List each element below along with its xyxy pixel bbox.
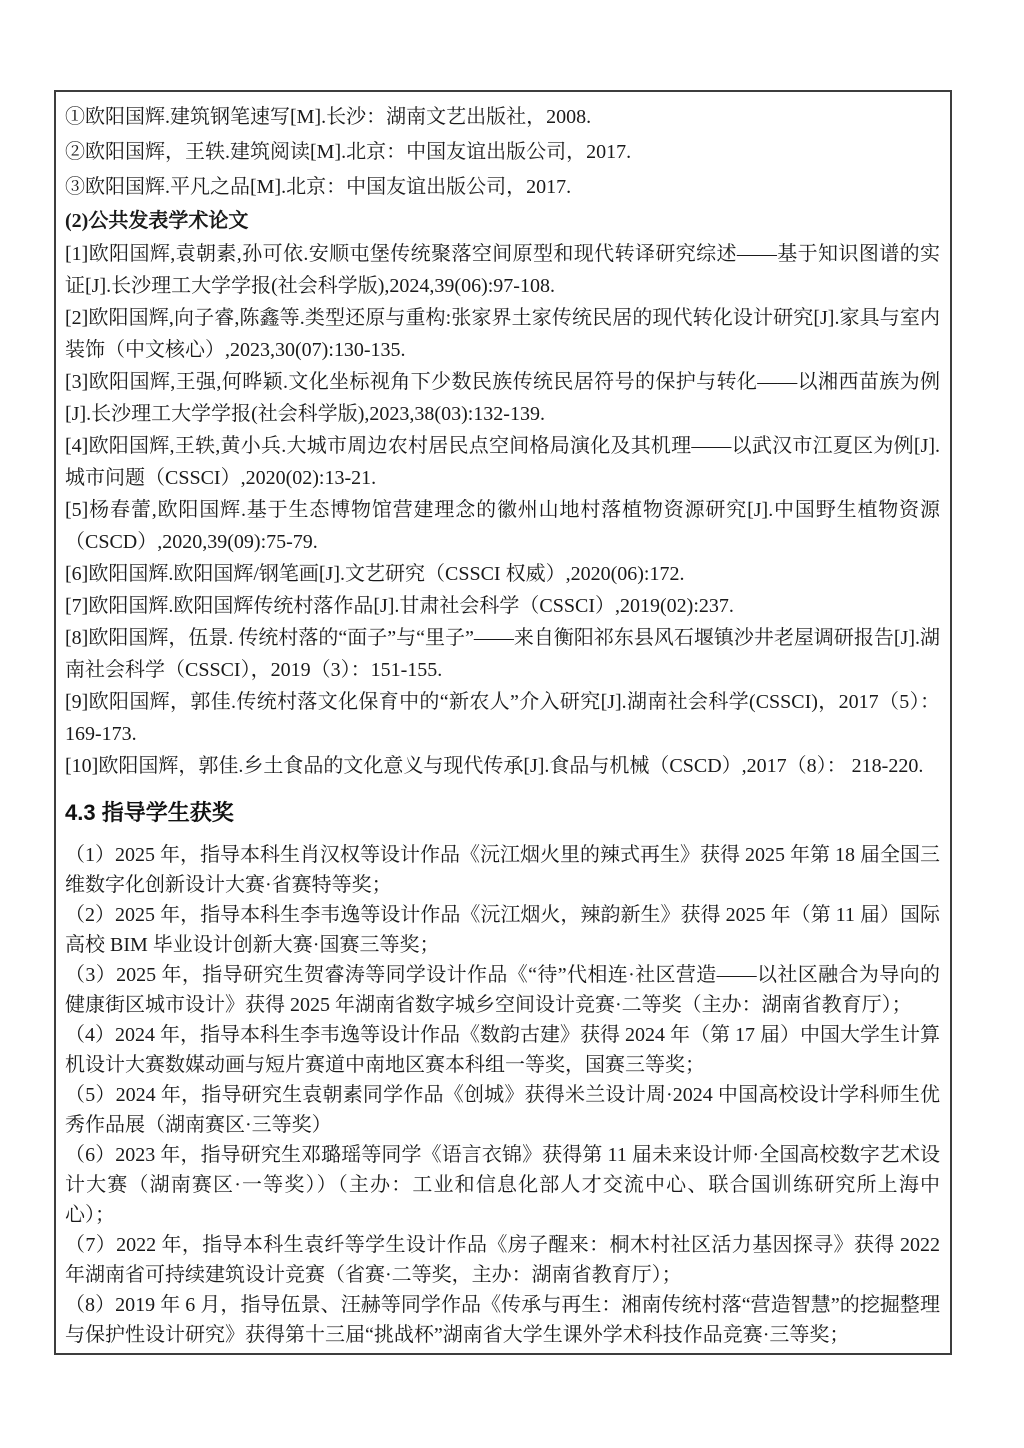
paper-reference: [8]欧阳国辉，伍景. 传统村落的“面子”与“里子”——来自衡阳祁东县风石堰镇沙… — [65, 622, 940, 686]
paper-reference: [9]欧阳国辉，郭佳.传统村落文化保育中的“新农人”介入研究[J].湖南社会科学… — [65, 686, 940, 750]
document-page: ①欧阳国辉.建筑钢笔速写[M].长沙：湖南文艺出版社，2008. ②欧阳国辉，王… — [0, 0, 1024, 1448]
award-item: （4）2024 年，指导本科生李韦逸等设计作品《数韵古建》获得 2024 年（第… — [65, 1020, 940, 1080]
paper-reference: [7]欧阳国辉.欧阳国辉传统村落作品[J].甘肃社会科学（CSSCI）,2019… — [65, 590, 940, 622]
award-item: （2）2025 年，指导本科生李韦逸等设计作品《沅江烟火，辣韵新生》获得 202… — [65, 900, 940, 960]
table-cell-border: ①欧阳国辉.建筑钢笔速写[M].长沙：湖南文艺出版社，2008. ②欧阳国辉，王… — [54, 90, 952, 1355]
paper-reference: [3]欧阳国辉,王强,何晔颖.文化坐标视角下少数民族传统民居符号的保护与转化——… — [65, 366, 940, 430]
paper-reference: [6]欧阳国辉.欧阳国辉/钢笔画[J].文艺研究（CSSCI 权威）,2020(… — [65, 558, 940, 590]
book-reference: ②欧阳国辉，王轶.建筑阅读[M].北京：中国友谊出版公司，2017. — [65, 135, 940, 170]
award-item: （7）2022 年，指导本科生袁纤等学生设计作品《房子醒来：桐木村社区活力基因探… — [65, 1230, 940, 1290]
paper-reference: [2]欧阳国辉,向子睿,陈鑫等.类型还原与重构:张家界土家传统民居的现代转化设计… — [65, 302, 940, 366]
paper-reference: [10]欧阳国辉，郭佳.乡土食品的文化意义与现代传承[J].食品与机械（CSCD… — [65, 750, 940, 782]
book-reference: ①欧阳国辉.建筑钢笔速写[M].长沙：湖南文艺出版社，2008. — [65, 100, 940, 135]
award-item: （8）2019 年 6 月，指导伍景、汪赫等同学作品《传承与再生：湘南传统村落“… — [65, 1290, 940, 1350]
award-item: （3）2025 年，指导研究生贺睿涛等同学设计作品《“待”代相连·社区营造——以… — [65, 960, 940, 1020]
paper-reference: [4]欧阳国辉,王轶,黄小兵.大城市周边农村居民点空间格局演化及其机理——以武汉… — [65, 430, 940, 494]
papers-section-heading: (2)公共发表学术论文 — [65, 205, 940, 238]
award-item: （9）2017 年，指导张中阳，设计作品《Arm-use Basin》获得 20… — [65, 1350, 940, 1355]
award-item: （6）2023 年，指导研究生邓璐瑶等同学《语言衣锦》获得第 11 届未来设计师… — [65, 1140, 940, 1230]
paper-reference: [5]杨春蕾,欧阳国辉.基于生态博物馆营建理念的徽州山地村落植物资源研究[J].… — [65, 494, 940, 558]
awards-section-heading: 4.3 指导学生获奖 — [65, 798, 940, 828]
book-reference: ③欧阳国辉.平凡之品[M].北京：中国友谊出版公司，2017. — [65, 170, 940, 205]
award-item: （1）2025 年，指导本科生肖汉权等设计作品《沅江烟火里的辣式再生》获得 20… — [65, 840, 940, 900]
award-item: （5）2024 年，指导研究生袁朝素同学作品《创城》获得米兰设计周·2024 中… — [65, 1080, 940, 1140]
paper-reference: [1]欧阳国辉,袁朝素,孙可依.安顺屯堡传统聚落空间原型和现代转译研究综述——基… — [65, 238, 940, 302]
